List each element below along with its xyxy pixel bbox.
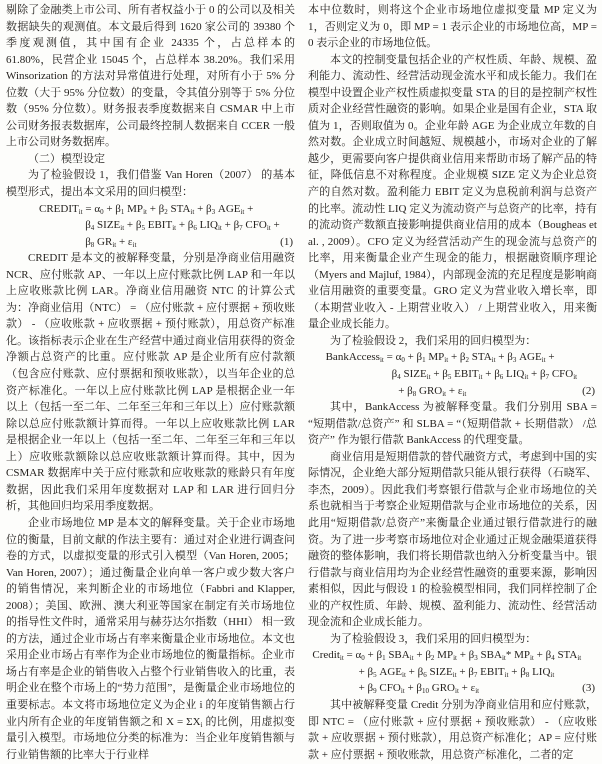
equation-text: + β8 GROit + εit <box>398 383 466 400</box>
equation-text: + β5 AGEit + β6 SIZEit + β7 EBITit + β8 … <box>359 664 555 681</box>
equation-text: β4 SIZEit + β5 EBITit + β6 LIQit + β7 CF… <box>85 217 280 234</box>
paragraph-mp-dummy-definition: 本中位数时，则将这个企业市场地位虚拟变量 MP 定义为 1，否则定义为 0，即 … <box>308 2 597 52</box>
paragraph-dependent-variables: CREDIT 是本文的被解释变量，分别是净商业信用融资 NCR、应付账款 AP、… <box>6 250 295 515</box>
equation-text: + β9 CFOit + β10 GROit + εit <box>359 680 480 697</box>
equation-number: (2) <box>582 383 597 400</box>
text-column-right: 本中位数时，则将这个企业市场地位虚拟变量 MP 定义为 1，否则定义为 0，即 … <box>308 2 597 764</box>
equation-number: (3) <box>582 680 597 697</box>
equation-text: CREDITit = α0 + β1 MPit + β2 STAit + β3 … <box>39 201 253 218</box>
equation-2: BankAccessit = α0 + β1 MPit + β2 STAit +… <box>308 349 597 399</box>
paragraph-sample-description: 剔除了金融类上市公司、所有者权益小于 0 的公司以及相关数据缺失的观测值。本文最… <box>6 2 295 151</box>
paragraph-credit-definition: 其中被解释变量 Credit 分别为净商业信用和应付账款，即 NTC = （应付… <box>308 697 597 763</box>
equation-1: CREDITit = α0 + β1 MPit + β2 STAit + β3 … <box>6 201 295 251</box>
text-column-left: 剔除了金融类上市公司、所有者权益小于 0 的公司以及相关数据缺失的观测值。本文最… <box>6 2 295 764</box>
paragraph-bankaccess-proxies: 其中，BankAccess 为被解释变量。我们分别用 SBA = “短期借款/总… <box>308 399 597 449</box>
paper-page: 剔除了金融类上市公司、所有者权益小于 0 的公司以及相关数据缺失的观测值。本文最… <box>0 0 602 764</box>
equation-text: BankAccessit = α0 + β1 MPit + β2 STAit +… <box>326 349 555 366</box>
equation-text: β4 SIZEit + β5 EBITit + β6 LIQit + β7 CF… <box>392 366 578 383</box>
equation-3: Creditit = α0 + β1 SBAit + β2 MPit + β3 … <box>308 647 597 697</box>
equation-number: (1) <box>280 234 295 251</box>
paragraph-hypothesis1-intro: 为了检验假设 1，我们借鉴 Van Horen（2007） 的基本模型形式，提出… <box>6 167 295 200</box>
paragraph-control-variables: 本文的控制变量包括企业的产权性质、年龄、规模、盈利能力、流动性、经营活动现金流水… <box>308 52 597 333</box>
paragraph-hypothesis3-intro: 为了检验假设 3，我们采用的回归模型为： <box>308 631 597 648</box>
equation-text: Creditit = α0 + β1 SBAit + β2 MPit + β3 … <box>312 647 581 664</box>
paragraph-market-position-measure: 企业市场地位 MP 是本文的解释变量。关于企业市场地位的衡量，目前文献的作法主要… <box>6 515 295 763</box>
paragraph-hypothesis2-intro: 为了检验假设 2，我们采用的回归模型为： <box>308 333 597 350</box>
paragraph-bank-loan-discussion: 商业信用是短期借款的替代融资方式，考虑到中国的实际情况，企业绝大部分短期借款只能… <box>308 449 597 631</box>
equation-text: β8 GRit + εit <box>85 234 136 251</box>
section-heading-model-setup: （二）模型设定 <box>6 151 295 168</box>
